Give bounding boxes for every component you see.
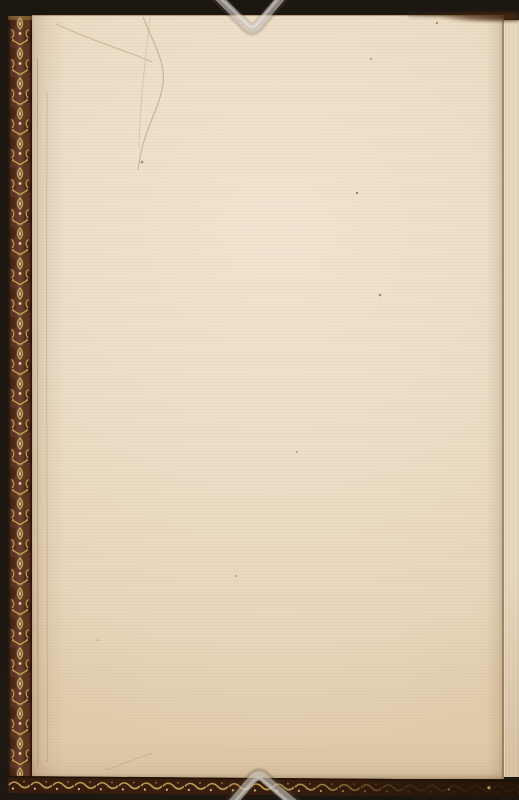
- bottom-gilt-border: [8, 776, 519, 797]
- page-fore-edge: [504, 20, 519, 777]
- book-page: [32, 15, 504, 779]
- spine-gilt-border: [8, 16, 32, 792]
- book-scan-photo: [0, 0, 519, 800]
- top-edge-smudge: [408, 9, 519, 22]
